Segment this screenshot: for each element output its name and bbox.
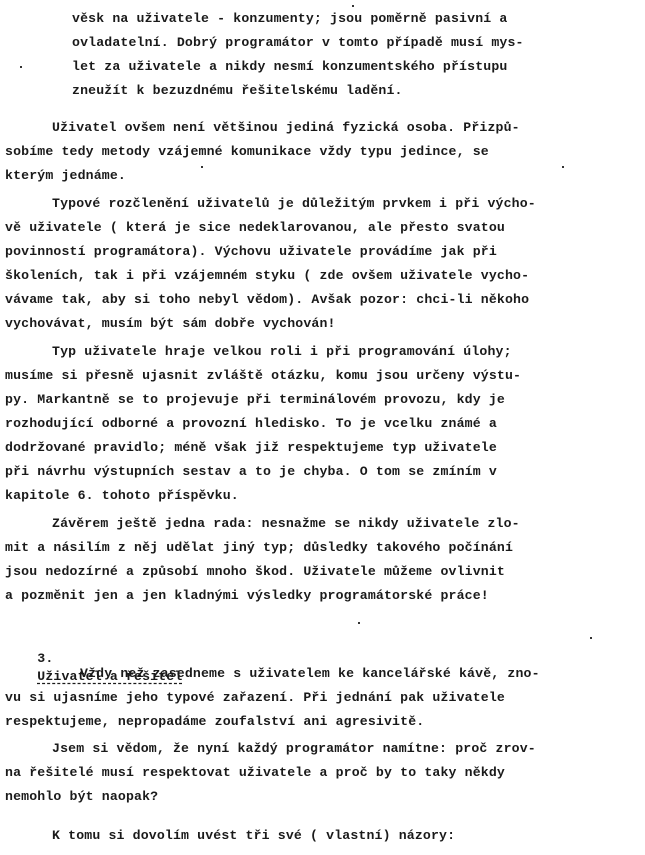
text-line: ovladatelní. Dobrý programátor v tomto p… — [72, 34, 524, 52]
text-line: kterým jednáme. — [5, 167, 126, 185]
text-line: musíme si přesně ujasnit zvláště otázku,… — [5, 367, 521, 385]
text-line: py. Markantně se to projevuje při termin… — [5, 391, 505, 409]
section-heading: 3. Uživatel a řešitel — [5, 632, 182, 650]
text-line: vávame tak, aby si toho nebyl vědom). Av… — [5, 291, 529, 309]
text-line: dodržované pravidlo; méně však již respe… — [5, 439, 497, 457]
text-line: Typ uživatele hraje velkou roli i při pr… — [52, 343, 512, 361]
scan-speck — [201, 166, 203, 168]
scan-speck — [590, 637, 592, 639]
text-line: školeních, tak i při vzájemném styku ( z… — [5, 267, 529, 285]
text-line: zneužít k bezuzdnému řešitelskému ladění… — [72, 82, 403, 100]
typewritten-page: věsk na uživatele - konzumenty; jsou pom… — [0, 0, 645, 855]
text-line: Vždy než zasedneme s uživatelem ke kance… — [80, 665, 540, 683]
scan-speck — [20, 66, 22, 68]
scan-speck — [358, 622, 360, 624]
text-line: kapitole 6. tohoto příspěvku. — [5, 487, 239, 505]
text-line: na řešitelé musí respektovat uživatele a… — [5, 764, 505, 782]
text-line: respektujeme, nepropadáme zoufalství ani… — [5, 713, 424, 731]
text-line: let za uživatele a nikdy nesmí konzument… — [72, 58, 507, 76]
scan-speck — [352, 5, 354, 7]
section-number: 3. — [37, 651, 53, 666]
text-line: vychovávat, musím být sám dobře vychován… — [5, 315, 336, 333]
text-line: sobíme tedy metody vzájemné komunikace v… — [5, 143, 489, 161]
text-line: jsou nedozírné a způsobí mnoho škod. Uži… — [5, 563, 505, 581]
scan-speck — [562, 166, 564, 168]
text-line: a pozměnit jen a jen kladnými výsledky p… — [5, 587, 489, 605]
text-line: vu si ujasníme jeho typové zařazení. Při… — [5, 689, 505, 707]
text-line: nemohlo být naopak? — [5, 788, 158, 806]
text-line: Typové rozčlenění uživatelů je důležitým… — [52, 195, 536, 213]
text-line: rozhodující odborné a provozní hledisko.… — [5, 415, 497, 433]
text-line: mit a násilím z něj udělat jiný typ; důs… — [5, 539, 513, 557]
text-line: Jsem si vědom, že nyní každý programátor… — [52, 740, 536, 758]
text-line: při návrhu výstupních sestav a to je chy… — [5, 463, 497, 481]
text-line: povinností programátora). Výchovu uživat… — [5, 243, 497, 261]
text-line: věsk na uživatele - konzumenty; jsou pom… — [72, 10, 507, 28]
text-line: Závěrem ještě jedna rada: nesnažme se ni… — [52, 515, 520, 533]
text-line: K tomu si dovolím uvést tři své ( vlastn… — [52, 827, 455, 845]
text-line: Uživatel ovšem není většinou jediná fyzi… — [52, 119, 520, 137]
text-line: vě uživatele ( která je sice nedeklarova… — [5, 219, 505, 237]
